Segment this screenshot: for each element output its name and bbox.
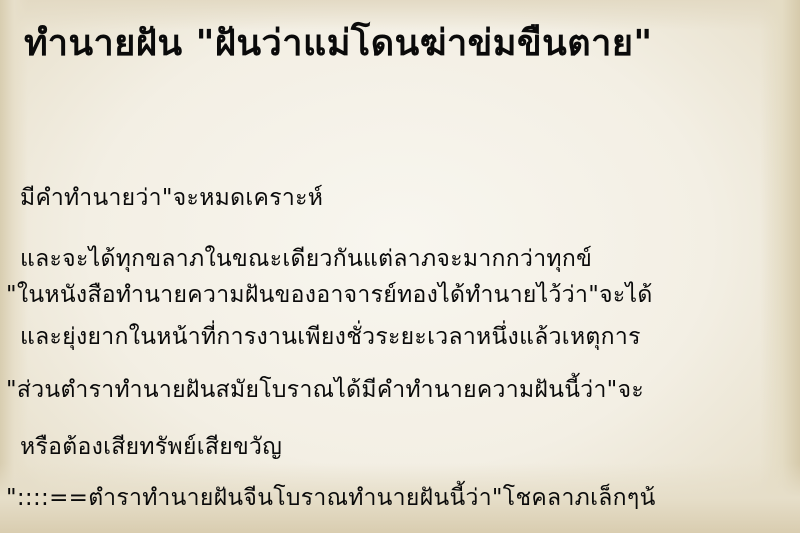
page-title: ทำนายฝัน "ฝันว่าแม่โดนฆ่าข่มขืนตาย" [24, 14, 653, 74]
text-line-1: มีคำทำนายว่า"จะหมดเคราะห์ [20, 183, 323, 213]
text-line-3: "ในหนังสือทำนายความฝันของอาจารย์ทองได้ทำ… [6, 280, 653, 310]
text-line-7: "::::==ตำราทำนายฝันจีนโบราณทำนายฝันนี้ว่… [6, 483, 656, 513]
paper-edge-right [760, 0, 800, 533]
text-line-5: "ส่วนตำราทำนายฝันสมัยโบราณได้มีคำทำนายคว… [6, 375, 644, 405]
text-line-4: และยุ่งยากในหน้าที่การงานเพียงชั่วระยะเว… [20, 322, 641, 352]
parchment-background: ทำนายฝัน "ฝันว่าแม่โดนฆ่าข่มขืนตาย" มีคำ… [0, 0, 800, 533]
text-line-6: หรือต้องเสียทรัพย์เสียขวัญ [20, 432, 282, 462]
text-line-2: และจะได้ทุกขลาภในขณะเดียวกันแต่ลาภจะมากก… [20, 244, 592, 274]
